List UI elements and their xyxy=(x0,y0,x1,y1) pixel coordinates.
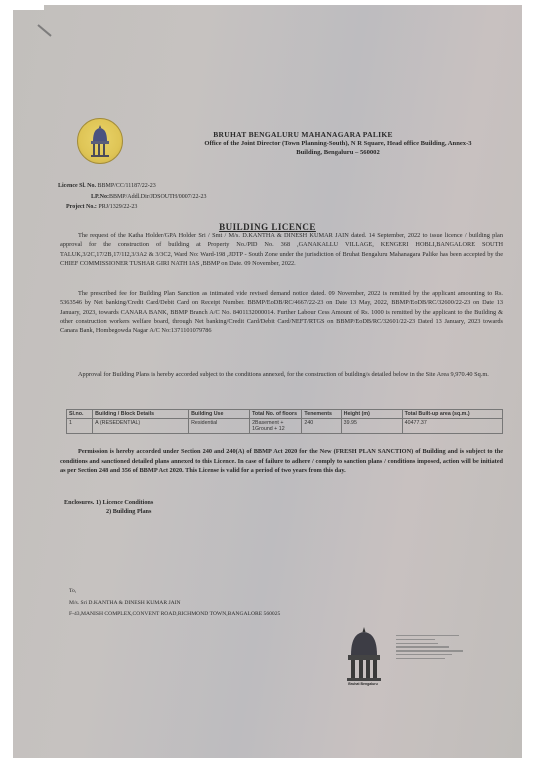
page-edge xyxy=(13,5,44,10)
column-header: Total Built-up area (sq.m.) xyxy=(402,410,502,419)
request-paragraph: The request of the Katha Holder/GPA Hold… xyxy=(60,231,503,268)
licence-number: Licence Sl. No. BBMP/CC/11187/22-23 xyxy=(58,181,156,192)
office-address-line2: Building, Bengaluru – 560002 xyxy=(163,148,513,157)
table-cell: 240 xyxy=(302,419,341,434)
organization-name: BRUHAT BENGALURU MAHANAGARA PALIKE xyxy=(143,130,463,139)
table-cell: Residential xyxy=(189,419,250,434)
office-address-line1: Office of the Joint Director (Town Plann… xyxy=(163,139,513,148)
document-page: BRUHAT BENGALURU MAHANAGARA PALIKE Offic… xyxy=(13,5,522,758)
column-header: Building / Block Details xyxy=(93,410,189,419)
permission-paragraph: Permission is hereby accorded under Sect… xyxy=(60,447,503,476)
digital-signature-block xyxy=(396,635,466,661)
column-header: Tenements xyxy=(302,410,341,419)
approval-paragraph: Approval for Building Plans is hereby ac… xyxy=(60,370,503,379)
enclosures: Enclosures. 1) Licence Conditions 2) Bui… xyxy=(64,498,153,516)
pen-mark xyxy=(37,24,51,36)
addressee-to: To, xyxy=(69,586,280,598)
column-header: Building Use xyxy=(189,410,250,419)
project-number: Project No.: PRJ/1329/22-23 xyxy=(66,202,137,213)
column-header: Height (m) xyxy=(341,410,402,419)
temple-emblem-icon xyxy=(78,119,122,163)
addressee-name: M/s. Sri D.KANTHA & DINESH KUMAR JAIN xyxy=(69,598,280,610)
seal-caption: Bruhat Bengaluru xyxy=(343,682,383,686)
column-header: Sl.no. xyxy=(67,410,93,419)
addressee-block: To, M/s. Sri D.KANTHA & DINESH KUMAR JAI… xyxy=(69,586,280,621)
table-cell: 39.95 xyxy=(341,419,402,434)
enclosure-item: 2) Building Plans xyxy=(64,507,153,516)
lp-number: LP.No:BBMP/Addl.Dir/JDSOUTH/0007/22-23 xyxy=(91,192,206,203)
addressee-address: F-43,MANISH COMPLEX,CONVENT ROAD,RICHMON… xyxy=(69,609,280,621)
column-header: Total No. of floors xyxy=(250,410,302,419)
table-cell: 2Basement + 1Ground + 12 xyxy=(250,419,302,434)
fee-paragraph: The prescribed fee for Building Plan San… xyxy=(60,289,503,335)
table-header-row: Sl.no.Building / Block DetailsBuilding U… xyxy=(67,410,503,419)
table-row: 1A (RESEDENTIAL)Residential2Basement + 1… xyxy=(67,419,503,434)
building-details-table: Sl.no.Building / Block DetailsBuilding U… xyxy=(66,409,503,434)
table-cell: 40477.37 xyxy=(402,419,502,434)
office-address: Office of the Joint Director (Town Plann… xyxy=(163,139,513,157)
bbmp-logo-icon xyxy=(77,118,123,164)
enclosure-item: 1) Licence Conditions xyxy=(96,499,153,506)
table-cell: 1 xyxy=(67,419,93,434)
table-cell: A (RESEDENTIAL) xyxy=(93,419,189,434)
